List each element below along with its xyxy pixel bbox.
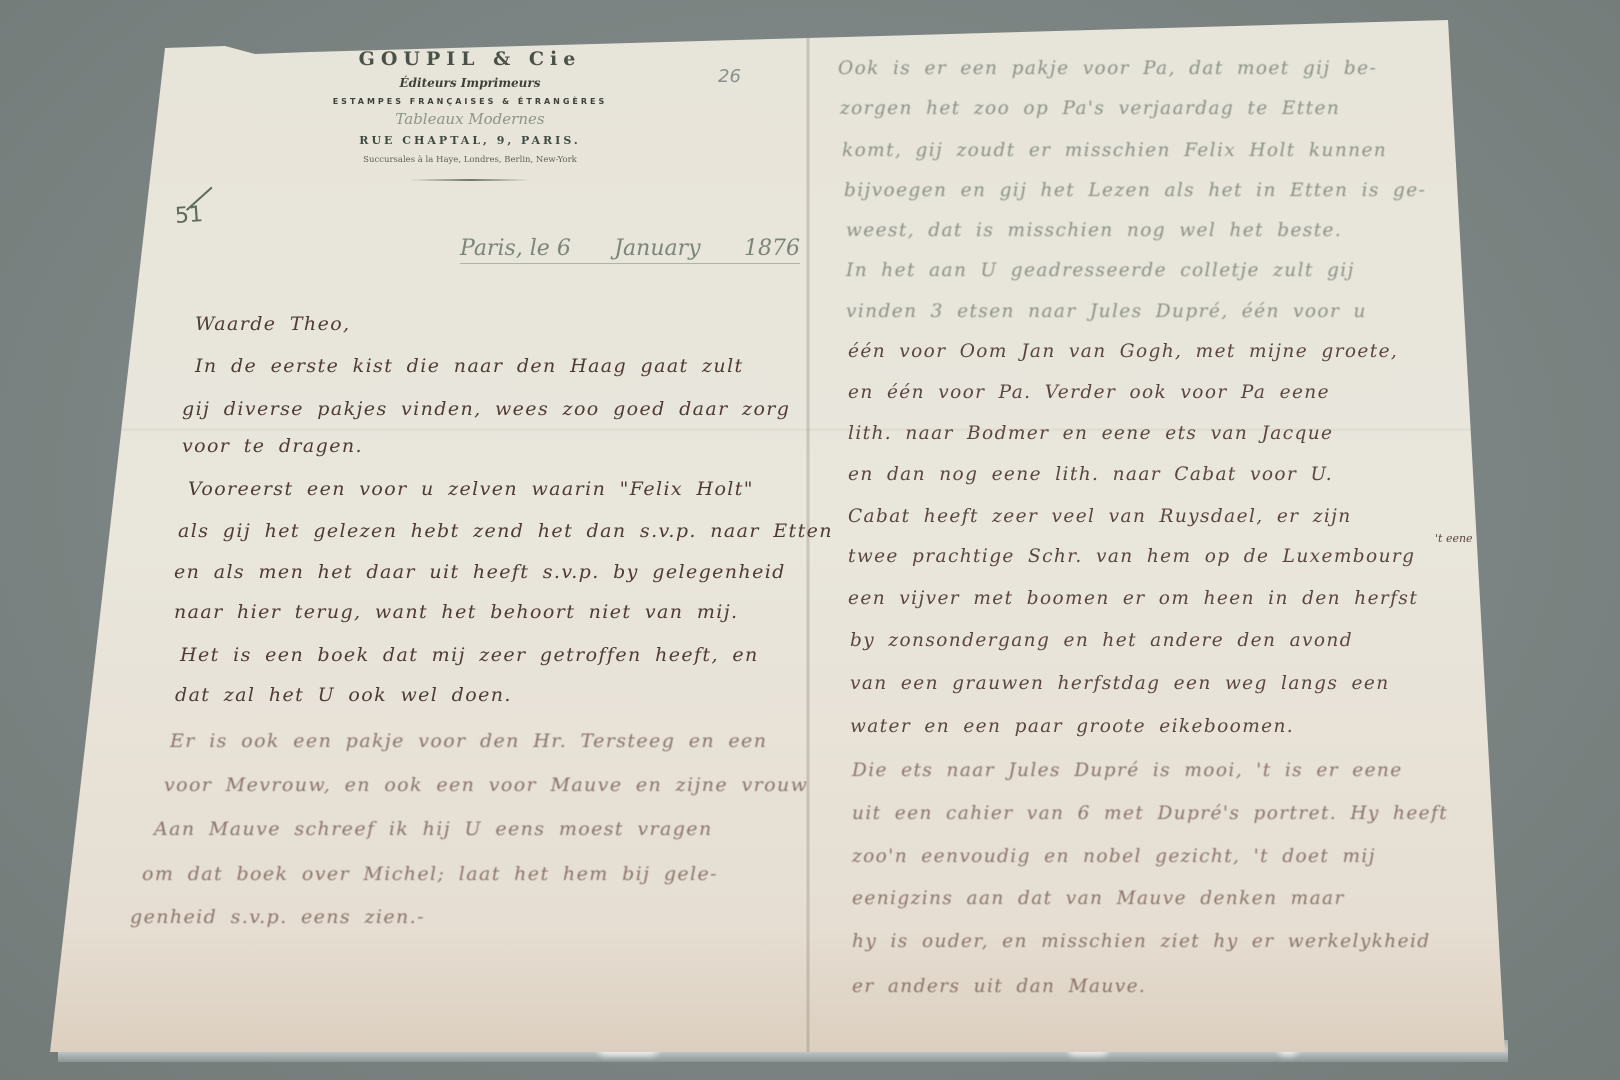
handwritten-line: dat zal het U ook wel doen. bbox=[175, 684, 512, 706]
handwritten-line: voor te dragen. bbox=[182, 435, 363, 457]
handwritten-line: een vijver met boomen er om heen in den … bbox=[848, 588, 1418, 609]
folio-number: 26 bbox=[718, 66, 741, 87]
letterhead-subtitle: Éditeurs Imprimeurs bbox=[250, 76, 690, 90]
handwritten-line: gij diverse pakjes vinden, wees zoo goed… bbox=[182, 398, 790, 420]
salutation: Waarde Theo, bbox=[195, 313, 351, 335]
handwritten-line: Ook is er een pakje voor Pa, dat moet gi… bbox=[838, 58, 1377, 79]
handwritten-line: eenigzins aan dat van Mauve denken maar bbox=[852, 888, 1345, 909]
interlinear-insertion: 't eene bbox=[1435, 532, 1473, 545]
handwritten-line: genheid s.v.p. eens zien.- bbox=[130, 906, 425, 928]
handwritten-line: één voor Oom Jan van Gogh, met mijne gro… bbox=[848, 341, 1398, 362]
handwritten-line: Die ets naar Jules Dupré is mooi, 't is … bbox=[852, 760, 1403, 781]
letterhead-prints: ESTAMPES FRANÇAISES & ÉTRANGÈRES bbox=[250, 97, 690, 106]
handwritten-line: om dat boek over Michel; laat het hem bi… bbox=[142, 863, 718, 885]
dateline: Paris, le 6 January 1876 bbox=[460, 236, 800, 264]
handwritten-line: vinden 3 etsen naar Jules Dupré, één voo… bbox=[846, 301, 1367, 322]
handwritten-line: van een grauwen herfstdag een weg langs … bbox=[850, 673, 1390, 694]
handwritten-line: en één voor Pa. Verder ook voor Pa eene bbox=[848, 382, 1330, 403]
handwritten-line: Het is een boek dat mij zeer getroffen h… bbox=[180, 644, 759, 666]
handwritten-line: als gij het gelezen hebt zend het dan s.… bbox=[178, 520, 833, 542]
handwritten-line: Cabat heeft zeer veel van Ruysdael, er z… bbox=[848, 506, 1352, 527]
dateline-place: Paris, le 6 bbox=[460, 236, 571, 261]
right-page: Ook is er een pakje voor Pa, dat moet gi… bbox=[810, 18, 1510, 1052]
handwritten-line: Er is ook een pakje voor den Hr. Terstee… bbox=[170, 730, 767, 752]
handwritten-line: voor Mevrouw, en ook een voor Mauve en z… bbox=[164, 774, 808, 796]
handwritten-line: lith. naar Bodmer en eene ets van Jacque bbox=[848, 423, 1333, 444]
handwritten-line: en dan nog eene lith. naar Cabat voor U. bbox=[848, 464, 1333, 485]
handwritten-line: komt, gij zoudt er misschien Felix Holt … bbox=[842, 140, 1387, 161]
archive-number: 51 bbox=[174, 202, 204, 229]
handwritten-line: er anders uit dan Mauve. bbox=[852, 976, 1146, 997]
handwritten-line: water en een paar groote eikeboomen. bbox=[850, 716, 1294, 737]
handwritten-line: hy is ouder, en misschien ziet hy er wer… bbox=[852, 931, 1431, 952]
dateline-month: January bbox=[614, 236, 700, 261]
dateline-year: 1876 bbox=[744, 236, 800, 261]
handwritten-line: Vooreerst een voor u zelven waarin "Feli… bbox=[188, 478, 754, 500]
letter-sheet: GOUPIL & Cie Éditeurs Imprimeurs ESTAMPE… bbox=[50, 18, 1510, 1052]
handwritten-line: uit een cahier van 6 met Dupré's portret… bbox=[852, 803, 1448, 824]
handwritten-line: naar hier terug, want het behoort niet v… bbox=[174, 601, 738, 623]
handwritten-line: In de eerste kist die naar den Haag gaat… bbox=[195, 355, 744, 377]
handwritten-line: In het aan U geadresseerde colletje zult… bbox=[846, 260, 1355, 281]
left-page: GOUPIL & Cie Éditeurs Imprimeurs ESTAMPE… bbox=[50, 18, 808, 1052]
letterhead-rule bbox=[410, 179, 530, 181]
handwritten-line: bijvoegen en gij het Lezen als het in Et… bbox=[844, 180, 1426, 201]
handwritten-line: by zonsondergang en het andere den avond bbox=[850, 630, 1353, 651]
letterhead: GOUPIL & Cie Éditeurs Imprimeurs ESTAMPE… bbox=[250, 48, 690, 181]
handwritten-line: twee prachtige Schr. van hem op de Luxem… bbox=[848, 546, 1415, 567]
handwritten-line: zorgen het zoo op Pa's verjaardag te Ett… bbox=[840, 98, 1340, 119]
handwritten-line: Aan Mauve schreef ik hij U eens moest vr… bbox=[154, 818, 713, 840]
letterhead-address: RUE CHAPTAL, 9, PARIS. bbox=[250, 134, 690, 147]
handwritten-line: en als men het daar uit heeft s.v.p. by … bbox=[174, 561, 786, 583]
letterhead-paintings: Tableaux Modernes bbox=[250, 110, 690, 128]
letterhead-branches: Succursales à la Haye, Londres, Berlin, … bbox=[250, 155, 690, 165]
handwritten-line: weest, dat is misschien nog wel het best… bbox=[846, 220, 1342, 241]
handwritten-line: zoo'n eenvoudig en nobel gezicht, 't doe… bbox=[852, 846, 1376, 867]
